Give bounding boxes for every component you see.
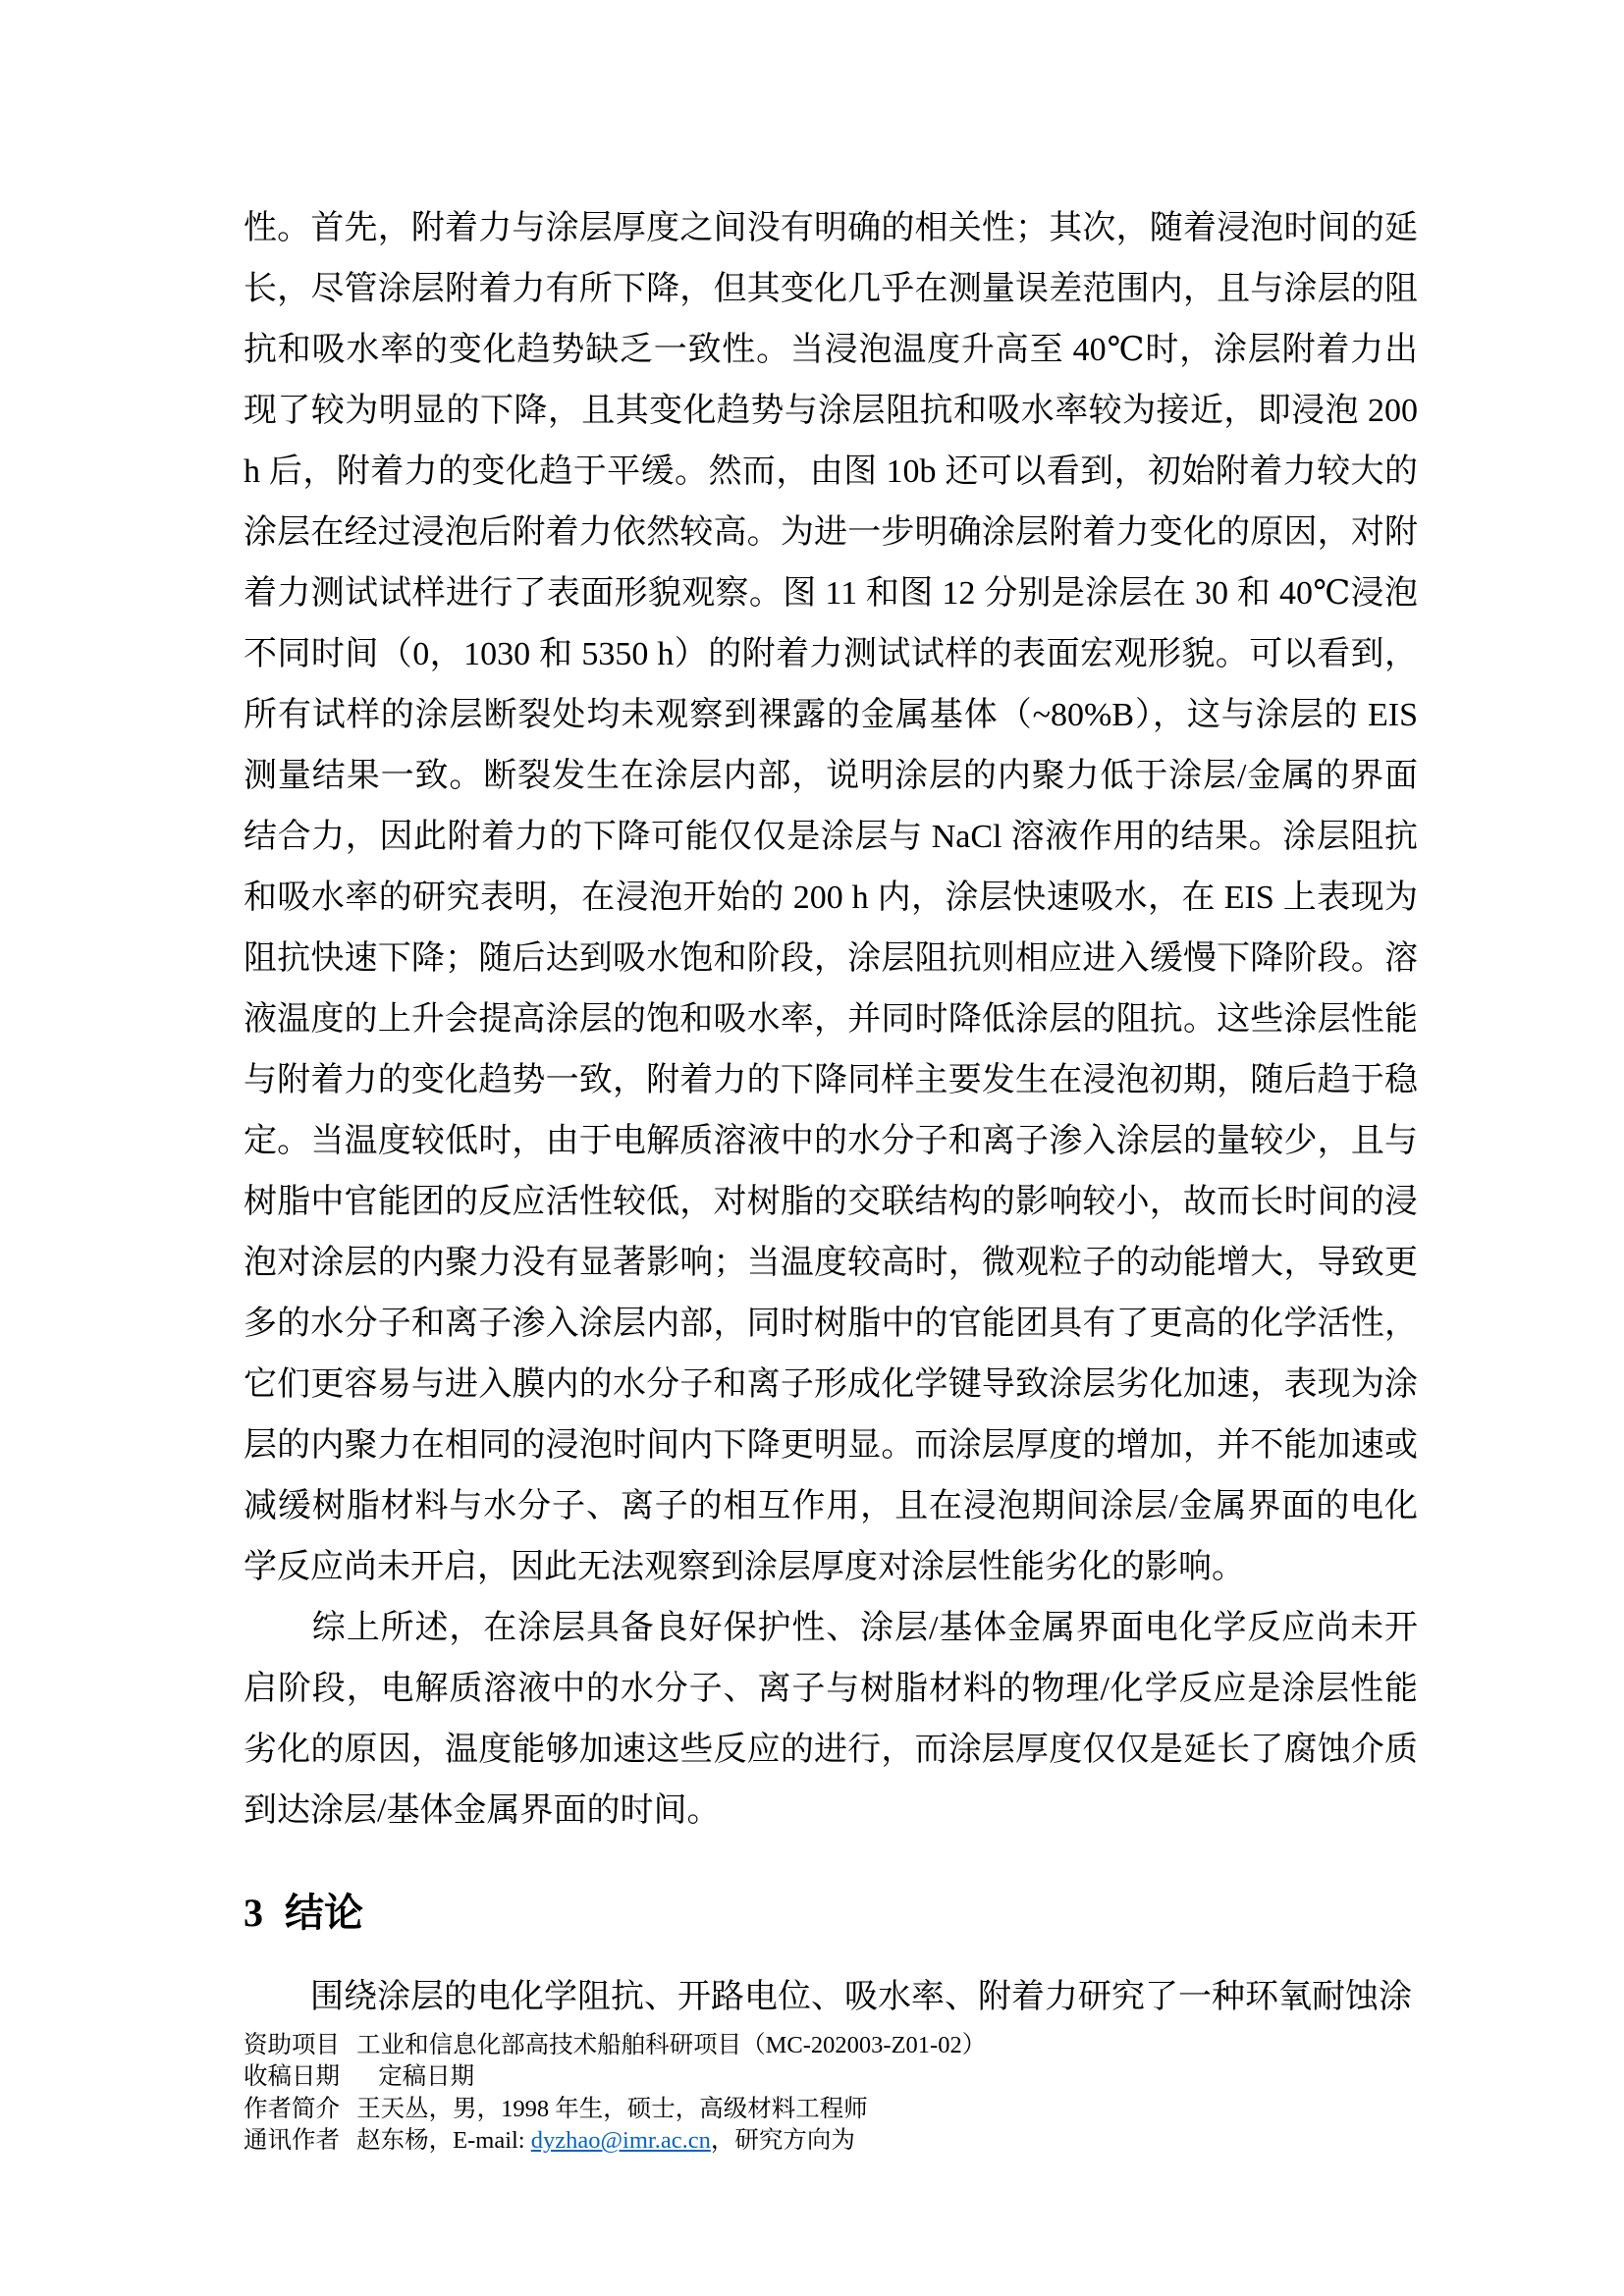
- text-line: 泡对涂层的内聚力没有显著影响；当温度较高时，微观粒子的动能增大，导致更: [244, 1233, 1418, 1294]
- corresponding-author-label: 通讯作者: [244, 2127, 340, 2154]
- funding-label: 资助项目: [244, 2032, 340, 2058]
- section-number: 3: [244, 1891, 263, 1935]
- author-bio-label: 作者简介: [244, 2096, 340, 2122]
- text-line: 围绕涂层的电化学阻抗、开路电位、吸水率、附着力研究了一种环氧耐蚀涂: [244, 1967, 1418, 2028]
- text-line: 涂层在经过浸泡后附着力依然较高。为进一步明确涂层附着力变化的原因，对附: [244, 503, 1418, 563]
- text-line: 不同时间（0，1030 和 5350 h）的附着力测试试样的表面宏观形貌。可以看…: [244, 624, 1418, 685]
- funding-text: 工业和信息化部高技术船舶科研项目（MC-202003-Z01-02）: [356, 2032, 986, 2058]
- text-line: 现了较为明显的下降，且其变化趋势与涂层阻抗和吸水率较为接近，即浸泡 200: [244, 381, 1418, 442]
- text-line: 劣化的原因，温度能够加速这些反应的进行，而涂层厚度仅仅是延长了腐蚀介质: [244, 1720, 1418, 1781]
- paragraph-summary: 综上所述，在涂层具备良好保护性、涂层/基体金属界面电化学反应尚未开启阶段，电解质…: [244, 1598, 1418, 1842]
- corresponding-author-suffix: ，研究方向为: [711, 2127, 855, 2154]
- text-line: 综上所述，在涂层具备良好保护性、涂层/基体金属界面电化学反应尚未开: [244, 1598, 1418, 1659]
- author-bio-text: 王天丛，男，1998 年生，硕士，高级材料工程师: [356, 2096, 868, 2122]
- text-line: 和吸水率的研究表明，在浸泡开始的 200 h 内，涂层快速吸水，在 EIS 上表…: [244, 868, 1418, 929]
- text-line: 减缓树脂材料与水分子、离子的相互作用，且在浸泡期间涂层/金属界面的电化: [244, 1476, 1418, 1537]
- received-date-label: 收稿日期: [244, 2063, 340, 2090]
- text-line: 结合力，因此附着力的下降可能仅仅是涂层与 NaCl 溶液作用的结果。涂层阻抗: [244, 807, 1418, 868]
- text-line: 液温度的上升会提高涂层的饱和吸水率，并同时降低涂层的阻抗。这些涂层性能: [244, 989, 1418, 1050]
- footnote-author-bio-line: 作者简介王天丛，男，1998 年生，硕士，高级材料工程师: [244, 2094, 1418, 2125]
- text-line: 测量结果一致。断裂发生在涂层内部，说明涂层的内聚力低于涂层/金属的界面: [244, 746, 1418, 807]
- text-line: 启阶段，电解质溶液中的水分子、离子与树脂材料的物理/化学反应是涂层性能: [244, 1659, 1418, 1720]
- footnote-corresponding-author-line: 通讯作者赵东杨，E-mail: dyzhao@imr.ac.cn，研究方向为: [244, 2125, 1418, 2157]
- text-line: 与附着力的变化趋势一致，附着力的下降同样主要发生在浸泡初期，随后趋于稳: [244, 1050, 1418, 1111]
- paragraph-conclusion-intro: 围绕涂层的电化学阻抗、开路电位、吸水率、附着力研究了一种环氧耐蚀涂: [244, 1967, 1418, 2028]
- email-link[interactable]: dyzhao@imr.ac.cn: [531, 2127, 711, 2154]
- text-line: 抗和吸水率的变化趋势缺乏一致性。当浸泡温度升高至 40℃时，涂层附着力出: [244, 320, 1418, 381]
- paragraph-discussion-continued: 性。首先，附着力与涂层厚度之间没有明确的相关性；其次，随着浸泡时间的延长，尽管涂…: [244, 198, 1418, 1598]
- text-line: 性。首先，附着力与涂层厚度之间没有明确的相关性；其次，随着浸泡时间的延: [244, 198, 1418, 259]
- text-line: 树脂中官能团的反应活性较低，对树脂的交联结构的影响较小，故而长时间的浸: [244, 1172, 1418, 1233]
- paper-page: 性。首先，附着力与涂层厚度之间没有明确的相关性；其次，随着浸泡时间的延长，尽管涂…: [0, 0, 1624, 2296]
- text-line: 定。当温度较低时，由于电解质溶液中的水分子和离子渗入涂层的量较少，且与: [244, 1111, 1418, 1172]
- text-line: 长，尽管涂层附着力有所下降，但其变化几乎在测量误差范围内，且与涂层的阻: [244, 259, 1418, 320]
- page-content: 性。首先，附着力与涂层厚度之间没有明确的相关性；其次，随着浸泡时间的延长，尽管涂…: [244, 198, 1418, 2158]
- text-line: 层的内聚力在相同的浸泡时间内下降更明显。而涂层厚度的增加，并不能加速或: [244, 1415, 1418, 1476]
- finalized-date-label: 定稿日期: [378, 2063, 474, 2090]
- footnote-block: 资助项目工业和信息化部高技术船舶科研项目（MC-202003-Z01-02） 收…: [244, 2030, 1418, 2158]
- text-line: 所有试样的涂层断裂处均未观察到裸露的金属基体（~80%B），这与涂层的 EIS: [244, 685, 1418, 746]
- section-title: 结论: [285, 1891, 363, 1935]
- footnote-dates-line: 收稿日期定稿日期: [244, 2061, 1418, 2093]
- text-line: 到达涂层/基体金属界面的时间。: [244, 1781, 1418, 1842]
- text-line: 着力测试试样进行了表面形貌观察。图 11 和图 12 分别是涂层在 30 和 4…: [244, 563, 1418, 624]
- corresponding-author-name: 赵东杨，E-mail:: [356, 2127, 531, 2154]
- text-line: h 后，附着力的变化趋于平缓。然而，由图 10b 还可以看到，初始附着力较大的: [244, 442, 1418, 503]
- text-line: 阻抗快速下降；随后达到吸水饱和阶段，涂层阻抗则相应进入缓慢下降阶段。溶: [244, 929, 1418, 989]
- text-line: 学反应尚未开启，因此无法观察到涂层厚度对涂层性能劣化的影响。: [244, 1537, 1418, 1598]
- section-heading-conclusion: 3结论: [244, 1887, 1418, 1940]
- text-line: 多的水分子和离子渗入涂层内部，同时树脂中的官能团具有了更高的化学活性，: [244, 1294, 1418, 1355]
- footnote-funding-line: 资助项目工业和信息化部高技术船舶科研项目（MC-202003-Z01-02）: [244, 2030, 1418, 2061]
- text-line: 它们更容易与进入膜内的水分子和离子形成化学键导致涂层劣化加速，表现为涂: [244, 1355, 1418, 1415]
